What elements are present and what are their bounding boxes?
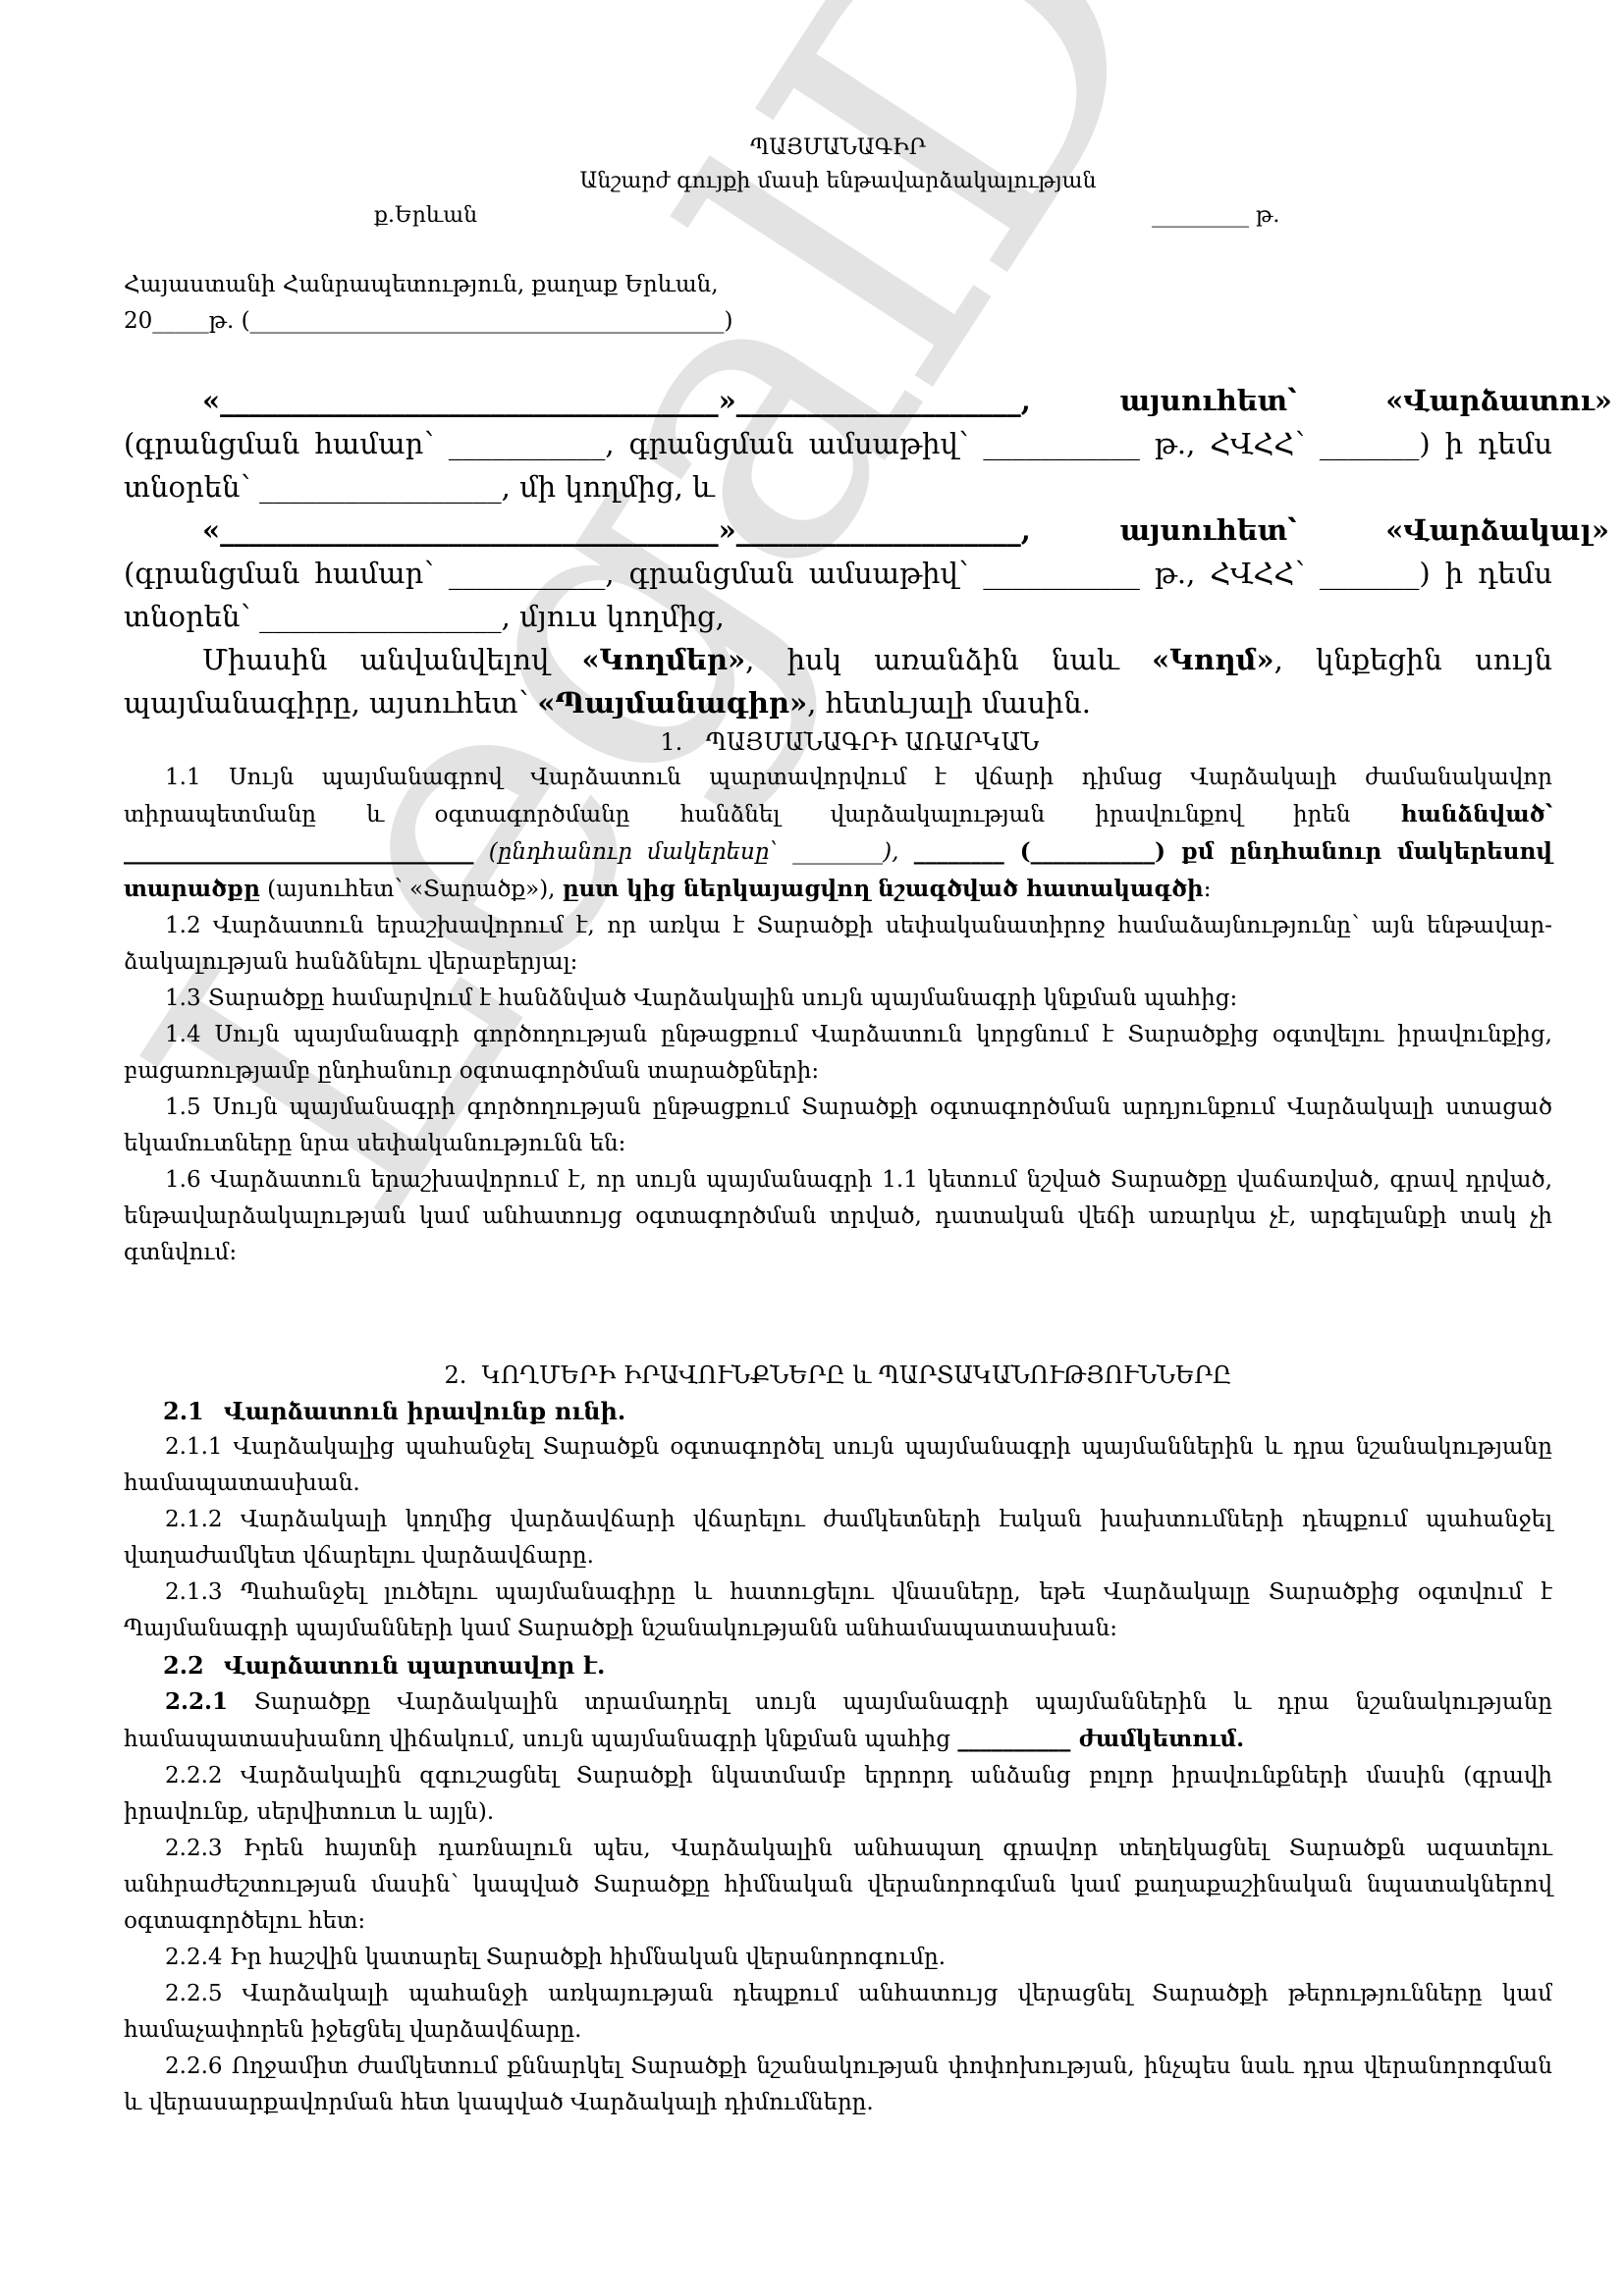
spacer — [124, 1271, 1552, 1358]
clause-1-4: 1.4 Սույն պայմանագրի գործողության ընթացք… — [124, 1017, 1552, 1090]
intro-date: 20_____թ. (_____________________________… — [124, 303, 1552, 340]
text: 1.1 Սույն պայմանագրով Վարձատուն պարտավոր… — [124, 765, 1552, 828]
clause-2-1-1: 2.1.1 Վարձակալից պահանջել Տարածքն օգտագո… — [124, 1429, 1552, 1502]
text: ըստ կից ներկայացվող նշագծված հատակագծի — [563, 876, 1204, 902]
text: Միասին անվանվելով — [202, 643, 582, 676]
clause-2-2-2: 2.2.2 Վարձակալին զգուշացնել Տարածքի նկատ… — [124, 1758, 1552, 1831]
clause-1-2: 1.2 Վարձատուն երաշխավորում է, որ առկա է … — [124, 908, 1552, 981]
clause-1-5: 1.5 Սույն պայմանագրի գործողության ընթացք… — [124, 1090, 1552, 1162]
text: , իսկ առանձին նաև — [745, 643, 1152, 676]
clause-1-6: 1.6 Վարձատուն երաշխավորում է, որ սույն պ… — [124, 1162, 1552, 1271]
clause-number: 2.2.1 — [165, 1688, 228, 1715]
lessor-name-line: «___________________________________»___… — [124, 379, 1552, 422]
city: ք.Երևան — [374, 198, 477, 234]
term-agreement: «Պայմանագիր» — [537, 686, 807, 720]
document-content: ՊԱՅՄԱՆԱԳԻՐ Անշարժ գույքի մասի ենթավարձակ… — [124, 132, 1552, 2121]
section-number: 2. — [445, 1362, 467, 1389]
lessee-registration-line: (գրանցման համար՝ ___________, գրանցման ա… — [124, 552, 1552, 595]
term-party: «Կողմ» — [1152, 643, 1273, 676]
place-date-row: ք.Երևան _________ թ. — [124, 198, 1552, 232]
subsection-title: Վարձատուն պարտավոր է. — [224, 1651, 605, 1680]
parties-block: «___________________________________»___… — [124, 379, 1552, 724]
section-1-clauses: 1.1 Սույն պայմանագրով Վարձատուն պարտավոր… — [124, 760, 1552, 1271]
text: __________ ժամկետում. — [957, 1726, 1244, 1752]
lessor-director-line: տնօրեն՝ _________________, մի կողմից, և — [124, 465, 1552, 508]
clause-2-2-4: 2.2.4 Իր հաշվին կատարել Տարածքի հիմնական… — [124, 1940, 1552, 1976]
text: (այսուհետ՝ «Տարածք»), — [260, 877, 563, 902]
section-2-heading: 2. ԿՈՂՄԵՐԻ ԻՐԱՎՈՒՆՔՆԵՐԸ և ՊԱՐՏԱԿԱՆՈՒԹՅՈՒ… — [124, 1358, 1552, 1393]
clause-1-1: 1.1 Սույն պայմանագրով Վարձատուն պարտավոր… — [124, 760, 1552, 908]
section-number: 1. — [637, 724, 706, 760]
text: : — [1204, 877, 1212, 902]
clause-2-2-3: 2.2.3 Իրեն հայտնի դառնալուն պես, Վարձակա… — [124, 1831, 1552, 1940]
clause-2-2-5: 2.2.5 Վարձակալի պահանջի առկայության դեպք… — [124, 1976, 1552, 2049]
lessee-name-line: «___________________________________»___… — [124, 508, 1552, 552]
clause-2-1-2: 2.1.2 Վարձակալի կողմից վարձավճարի վճարել… — [124, 1502, 1552, 1575]
term-parties: «Կողմեր» — [582, 643, 746, 676]
document-title: ՊԱՅՄԱՆԱԳԻՐ — [124, 132, 1552, 165]
section-2-clauses: 2.1Վարձատուն իրավունք ունի. 2.1.1 Վարձակ… — [124, 1393, 1552, 2121]
subsection-number: 2.1 — [163, 1393, 224, 1429]
document-page: LegalDocs ՊԱՅՄԱՆԱԳԻՐ Անշարժ գույքի մասի … — [0, 0, 1624, 2296]
subsection-2-1-heading: 2.1Վարձատուն իրավունք ունի. — [124, 1393, 1552, 1429]
date-blank: _________ թ. — [1152, 198, 1279, 234]
clause-2-2-6: 2.2.6 Ողջամիտ ժամկետում քննարկել Տարածքի… — [124, 2049, 1552, 2121]
parties-together-paragraph: Միասին անվանվելով «Կողմեր», իսկ առանձին … — [124, 638, 1552, 724]
clause-1-3: 1.3 Տարածքը համարվում է հանձնված Վարձակա… — [124, 981, 1552, 1017]
section-1-heading: 1.ՊԱՅՄԱՆԱԳՐԻ ԱՌԱՐԿԱՆ — [124, 724, 1552, 760]
text: , հետևյալի մասին. — [807, 686, 1091, 720]
lessor-registration-line: (գրանցման համար՝ ___________, գրանցման ա… — [124, 422, 1552, 465]
lessee-director-line: տնօրեն՝ _________________, մյուս կողմից, — [124, 595, 1552, 638]
section-title: ԿՈՂՄԵՐԻ ԻՐԱՎՈՒՆՔՆԵՐԸ և ՊԱՐՏԱԿԱՆՈՒԹՅՈՒՆՆԵ… — [482, 1362, 1232, 1389]
intro-location: Հայաստանի Հանրապետություն, քաղաք Երևան, — [124, 267, 1552, 303]
clause-2-2-1: 2.2.1 Տարածքը Վարձակալին տրամադրել սույն… — [124, 1683, 1552, 1758]
subsection-number: 2.2 — [163, 1647, 224, 1683]
clause-2-1-3: 2.1.3 Պահանջել լուծելու պայմանագիրը և հա… — [124, 1575, 1552, 1647]
document-subtitle: Անշարժ գույքի մասի ենթավարձակալության — [124, 165, 1552, 198]
intro-block: Հայաստանի Հանրապետություն, քաղաք Երևան, … — [124, 267, 1552, 340]
text: Տարածքը Վարձակալին տրամադրել սույն պայմա… — [124, 1689, 1552, 1752]
section-title: ՊԱՅՄԱՆԱԳՐԻ ԱՌԱՐԿԱՆ — [706, 728, 1039, 756]
text: (ընդհանուր մակերեսը՝ ________), — [474, 839, 914, 865]
subsection-title: Վարձատուն իրավունք ունի. — [224, 1397, 625, 1425]
subsection-2-2-heading: 2.2Վարձատուն պարտավոր է. — [124, 1647, 1552, 1683]
